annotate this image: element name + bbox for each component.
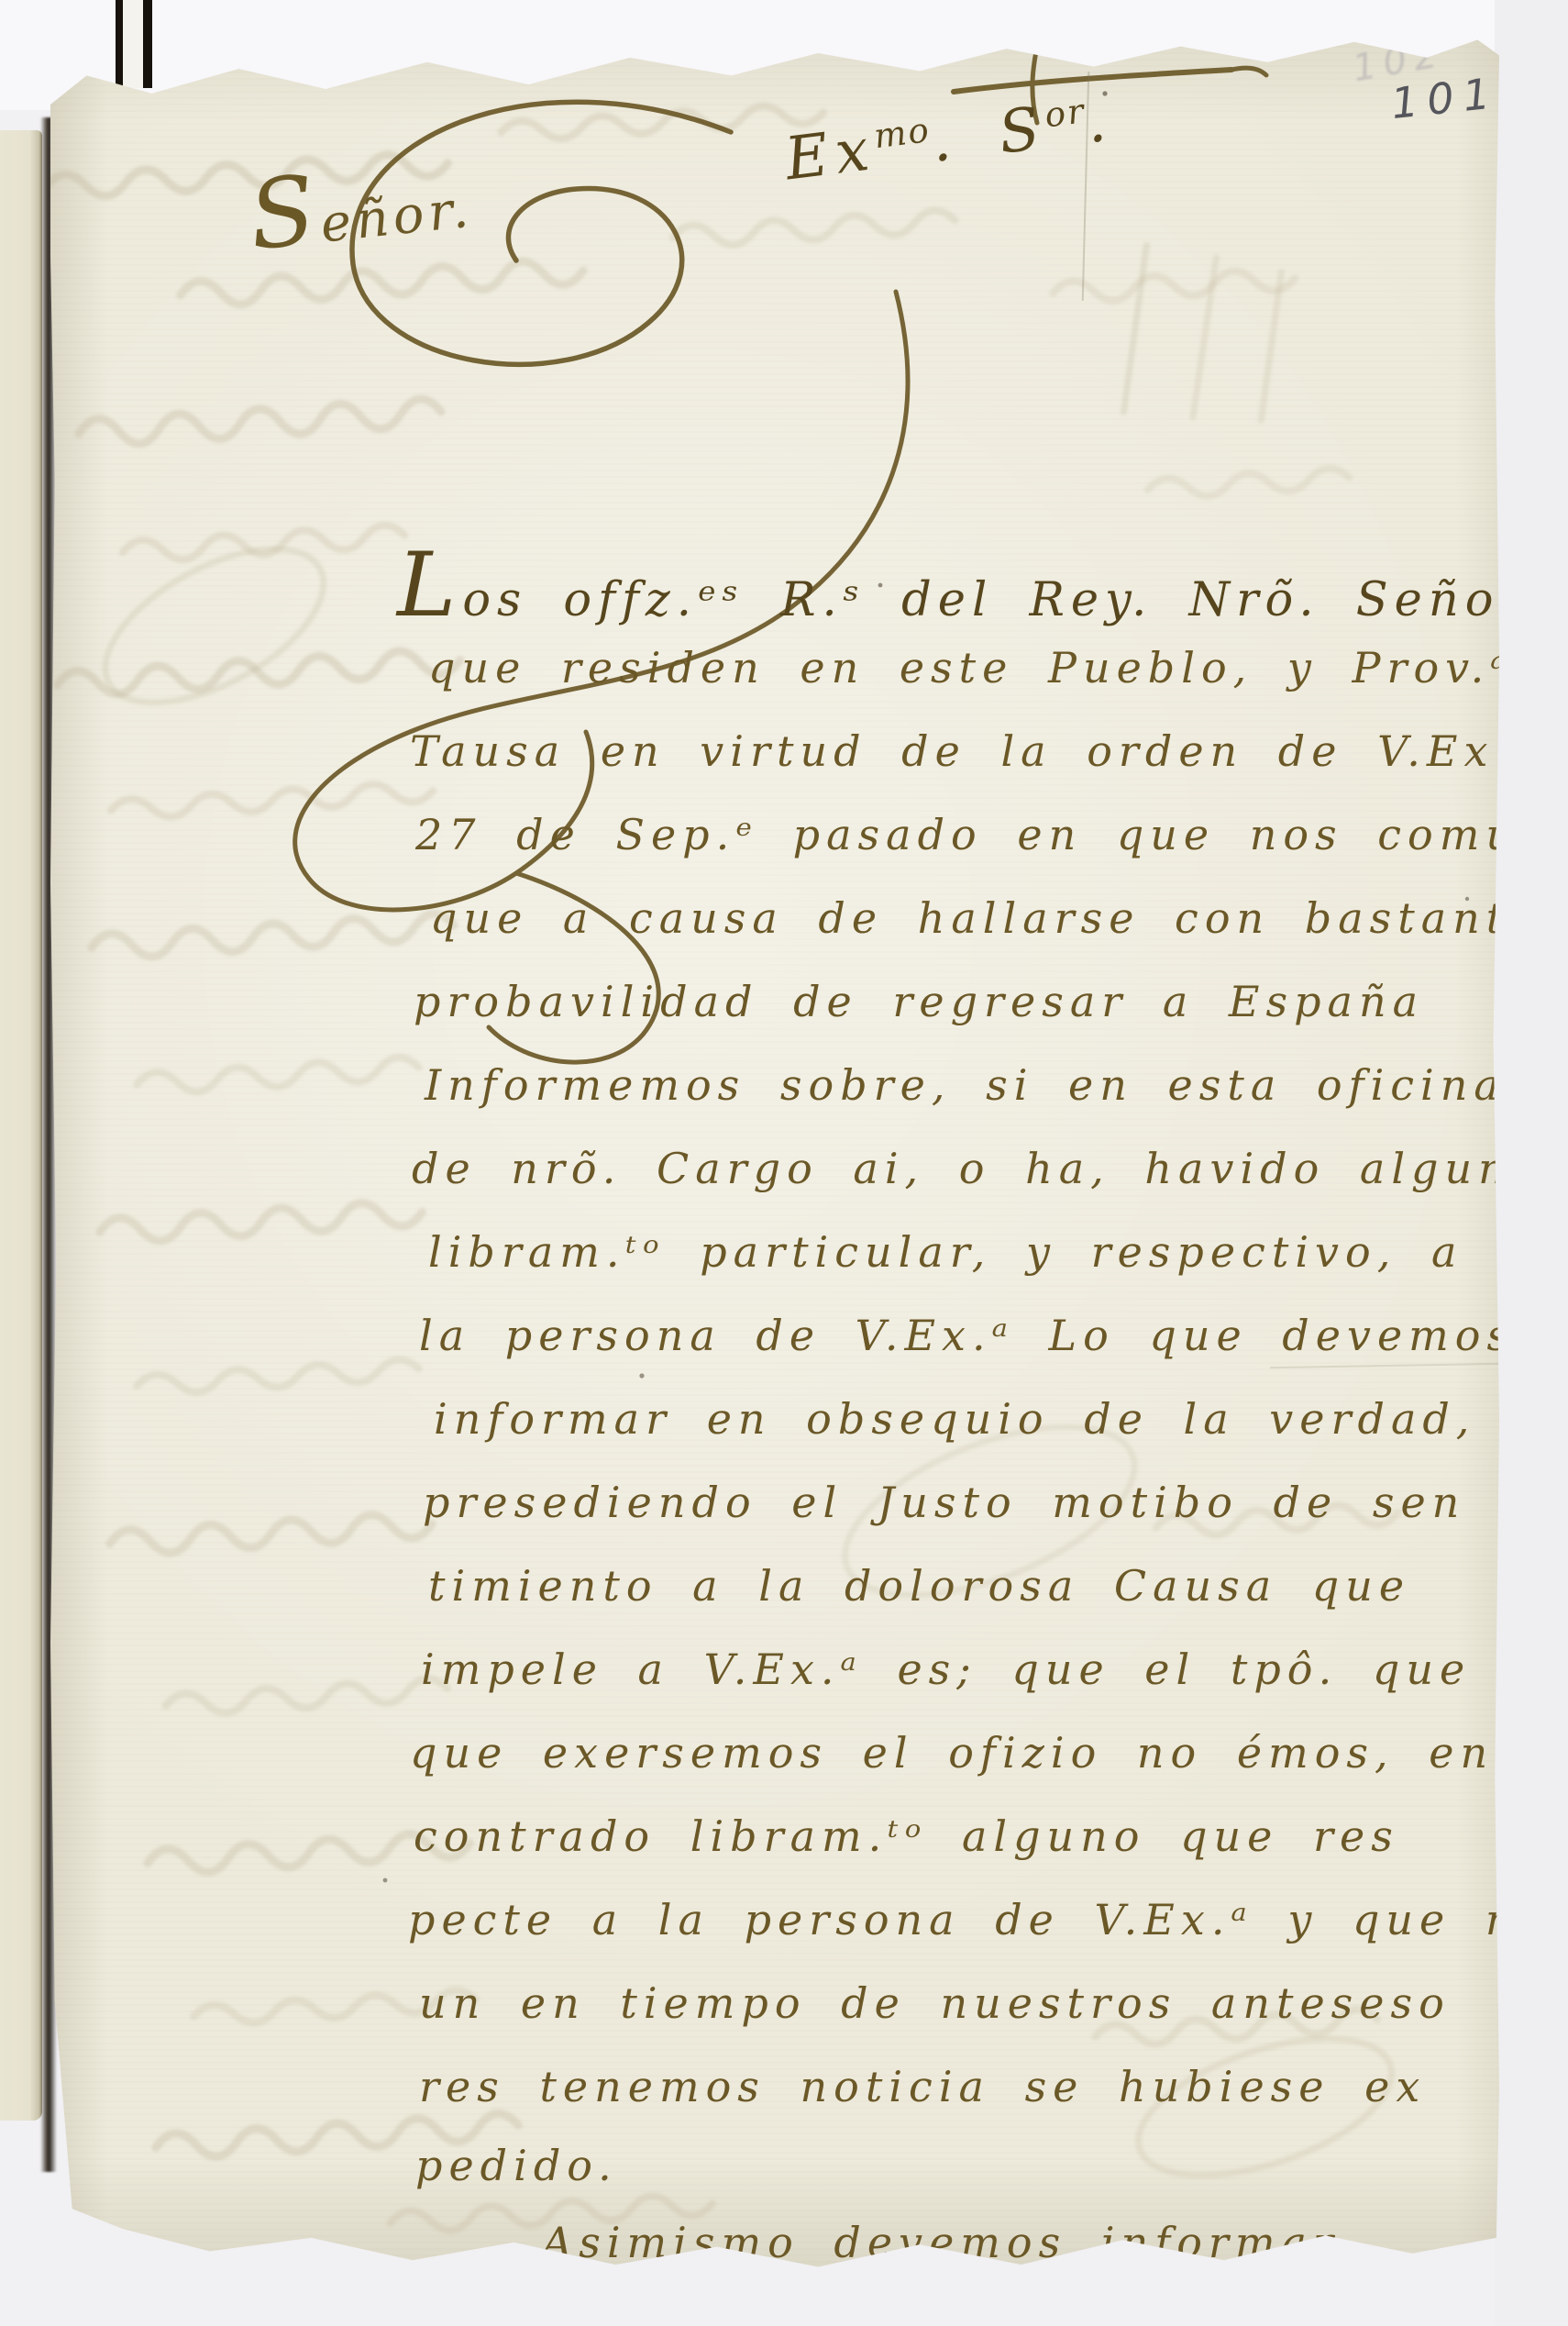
heading-punct: .	[1083, 86, 1117, 157]
letter-body: Los offz.ᵉˢ R.ˢ del Rey. Nrõ. Señorque r…	[417, 543, 1499, 2283]
ribbon-stripe	[123, 0, 143, 88]
manuscript-line: pedido.	[415, 2129, 1499, 2202]
manuscript-line: 27 de Sep.ᵉ pasado en que nos comunica	[415, 793, 1499, 877]
heading-word: Ex	[781, 116, 879, 194]
manuscript-line: Asimismo devemos informar	[542, 2202, 1499, 2283]
manuscript-line: res tenemos noticia se hubiese ex	[419, 2045, 1499, 2129]
heading-superscript: mo	[872, 110, 933, 156]
manuscript-line: pecte a la persona de V.Ex.ᵃ y que ni à	[408, 1878, 1499, 1962]
binding-ribbon-tab	[116, 0, 152, 88]
heading-superscript: or	[1043, 91, 1088, 135]
manuscript-line: Los offz.ᵉˢ R.ˢ del Rey. Nrõ. Señor	[397, 543, 1499, 626]
scanner-background-right	[1495, 0, 1568, 2326]
scanned-manuscript-canvas: 102 101 Exmo.Sor. Señor. Los offz.ᵉˢ R.ˢ…	[0, 0, 1568, 2326]
manuscript-line: informar en obsequio de la verdad,	[434, 1378, 1499, 1461]
manuscript-line: que exersemos el ofizio no émos, en	[410, 1711, 1499, 1795]
manuscript-line: que a causa de hallarse con bastante	[430, 877, 1499, 960]
manuscript-line: que residen en este Pueblo, y Prov.ᵃ de	[428, 626, 1499, 710]
manuscript-line: presediendo el Justo motibo de sen	[423, 1461, 1499, 1545]
manuscript-line: de nrõ. Cargo ai, o ha, havido algun	[412, 1127, 1499, 1211]
manuscript-line: probavilidad de regresar a España	[414, 960, 1499, 1044]
manuscript-line: un en tiempo de nuestros anteseso	[419, 1962, 1499, 2045]
manuscript-line: Tausa en virtud de la orden de V.Ex.ᵃ fh…	[410, 710, 1499, 793]
heading-word: S	[995, 94, 1050, 168]
heading-spacer	[960, 153, 1002, 159]
heading-punct: .	[928, 105, 962, 176]
underlying-page-edge	[0, 130, 42, 2121]
manuscript-line: Informemos sobre, si en esta oficina	[425, 1044, 1499, 1127]
manuscript-line: timiento a la dolorosa Causa que	[428, 1545, 1499, 1628]
manuscript-line: impele a V.Ex.ᵃ es; que el tpô. que hà,	[421, 1628, 1499, 1711]
manuscript-line: la persona de V.Ex.ᵃ Lo que devemos	[419, 1294, 1499, 1378]
manuscript-line: libram.ᵗᵒ particular, y respectivo, a	[428, 1211, 1499, 1294]
manuscript-line: contrado libram.ᵗᵒ alguno que res	[414, 1795, 1499, 1878]
manuscript-page: 102 101 Exmo.Sor. Señor. Los offz.ᵉˢ R.ˢ…	[50, 33, 1499, 2269]
